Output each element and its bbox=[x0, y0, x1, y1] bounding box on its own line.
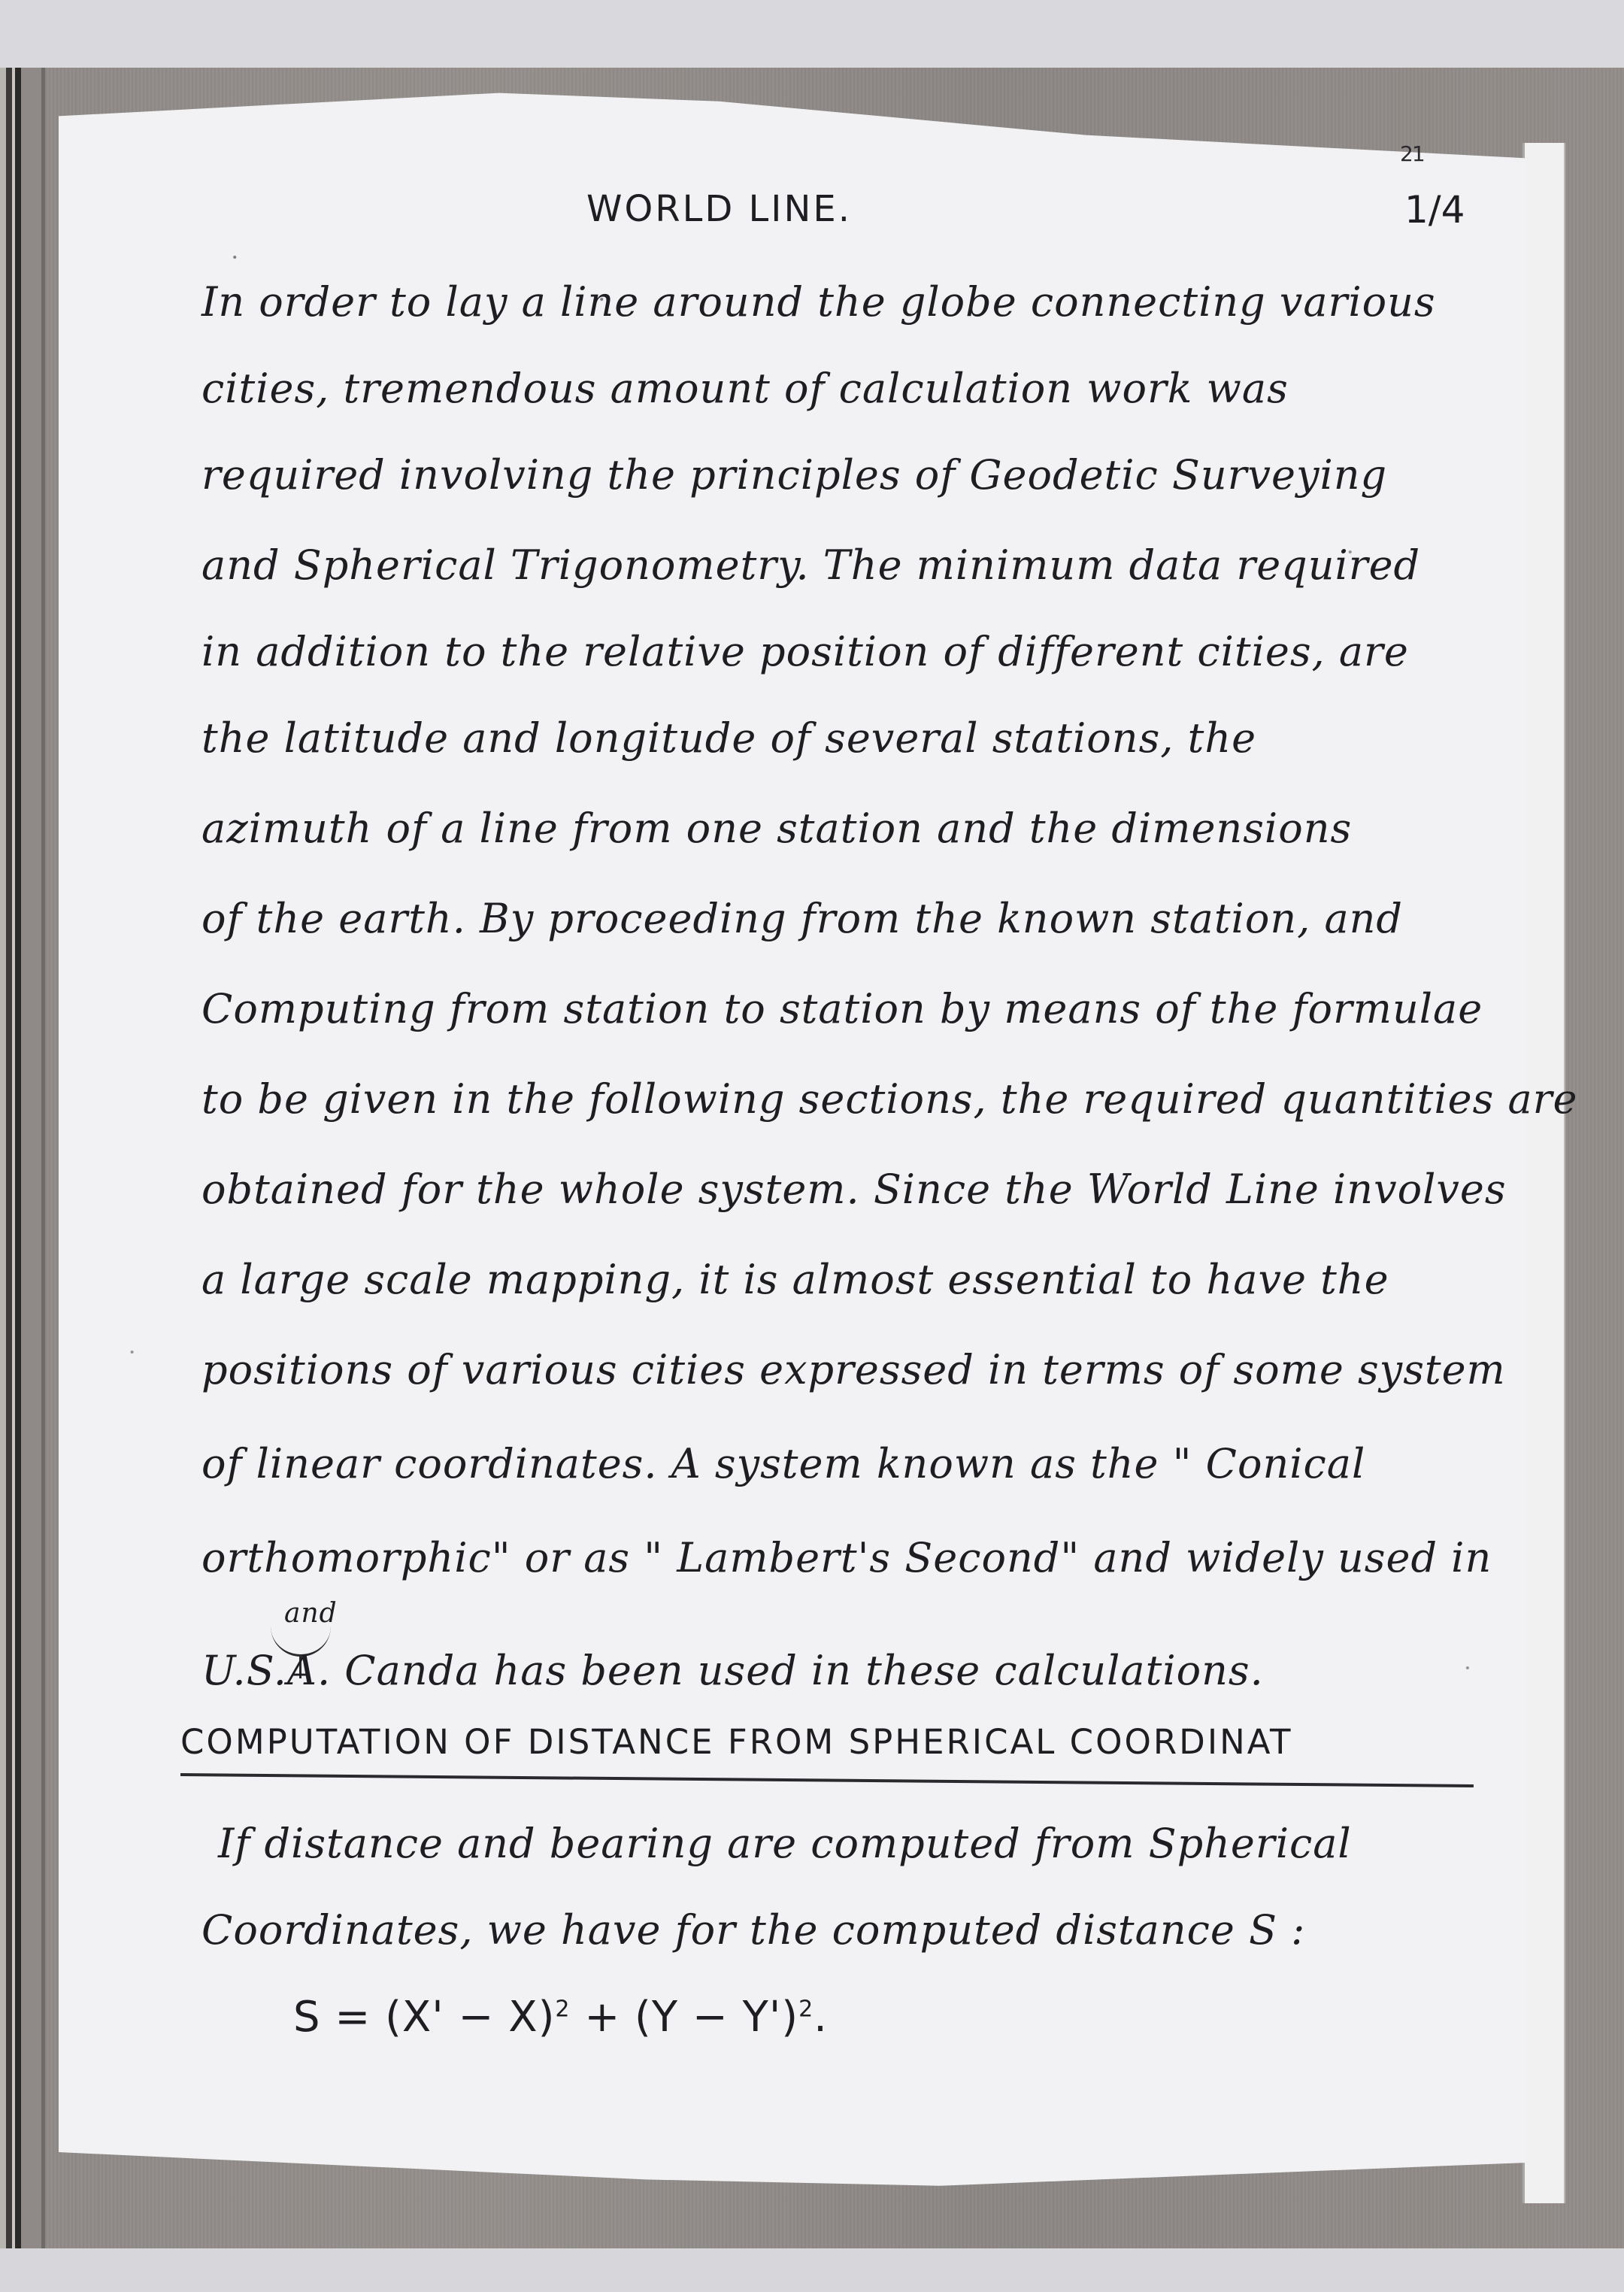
text-line-7: azimuth of a line from one station and t… bbox=[201, 805, 1352, 852]
formula-term-1: (X' − X) bbox=[385, 1993, 555, 2042]
section-line-1: If distance and bearing are computed fro… bbox=[218, 1820, 1352, 1867]
page-fraction: 1/4 bbox=[1404, 188, 1465, 232]
text-line-6: the latitude and longitude of several st… bbox=[201, 714, 1256, 762]
underlying-sheet bbox=[1522, 143, 1564, 2203]
text-line-2: cities, tremendous amount of calculation… bbox=[201, 365, 1289, 412]
distance-formula: S = (X' − X)2 + (Y − Y')2. bbox=[293, 1993, 828, 2042]
text-line-12: a large scale mapping, it is almost esse… bbox=[201, 1256, 1389, 1303]
formula-exponent-2: 2 bbox=[798, 1996, 814, 2022]
formula-plus: + bbox=[571, 1993, 635, 2042]
text-line-15: orthomorphic" or as " Lambert's Second" … bbox=[201, 1534, 1492, 1581]
section-heading: COMPUTATION OF DISTANCE FROM SPHERICAL C… bbox=[180, 1722, 1293, 1762]
page-mark: 21 bbox=[1400, 141, 1424, 166]
text-line-1: In order to lay a line around the globe … bbox=[201, 278, 1436, 326]
text-line-14: of linear coordinates. A system known as… bbox=[201, 1440, 1365, 1487]
text-line-9: Computing from station to station by mea… bbox=[201, 985, 1483, 1032]
text-line-3: required involving the principles of Geo… bbox=[201, 451, 1387, 499]
section-line-2: Coordinates, we have for the computed di… bbox=[201, 1906, 1305, 1954]
text-line-11: obtained for the whole system. Since the… bbox=[201, 1166, 1507, 1213]
text-line-5: in addition to the relative position of … bbox=[201, 628, 1409, 675]
page-title: WORLD LINE. bbox=[586, 188, 852, 230]
formula-exponent-1: 2 bbox=[555, 1996, 570, 2022]
text-line-16: U.S.A. Canda has been used in these calc… bbox=[201, 1647, 1264, 1694]
formula-lhs: S = bbox=[293, 1993, 385, 2042]
text-line-13: positions of various cities expressed in… bbox=[201, 1346, 1506, 1393]
formula-term-2: (Y − Y') bbox=[635, 1993, 798, 2042]
background-surface bbox=[0, 2248, 1624, 2292]
text-line-8: of the earth. By proceeding from the kno… bbox=[201, 895, 1403, 942]
binding-edge bbox=[0, 68, 45, 2248]
text-line-4: and Spherical Trigonometry. The minimum … bbox=[201, 541, 1420, 589]
text-line-10: to be given in the following sections, t… bbox=[201, 1075, 1577, 1123]
formula-end: . bbox=[814, 1993, 828, 2042]
